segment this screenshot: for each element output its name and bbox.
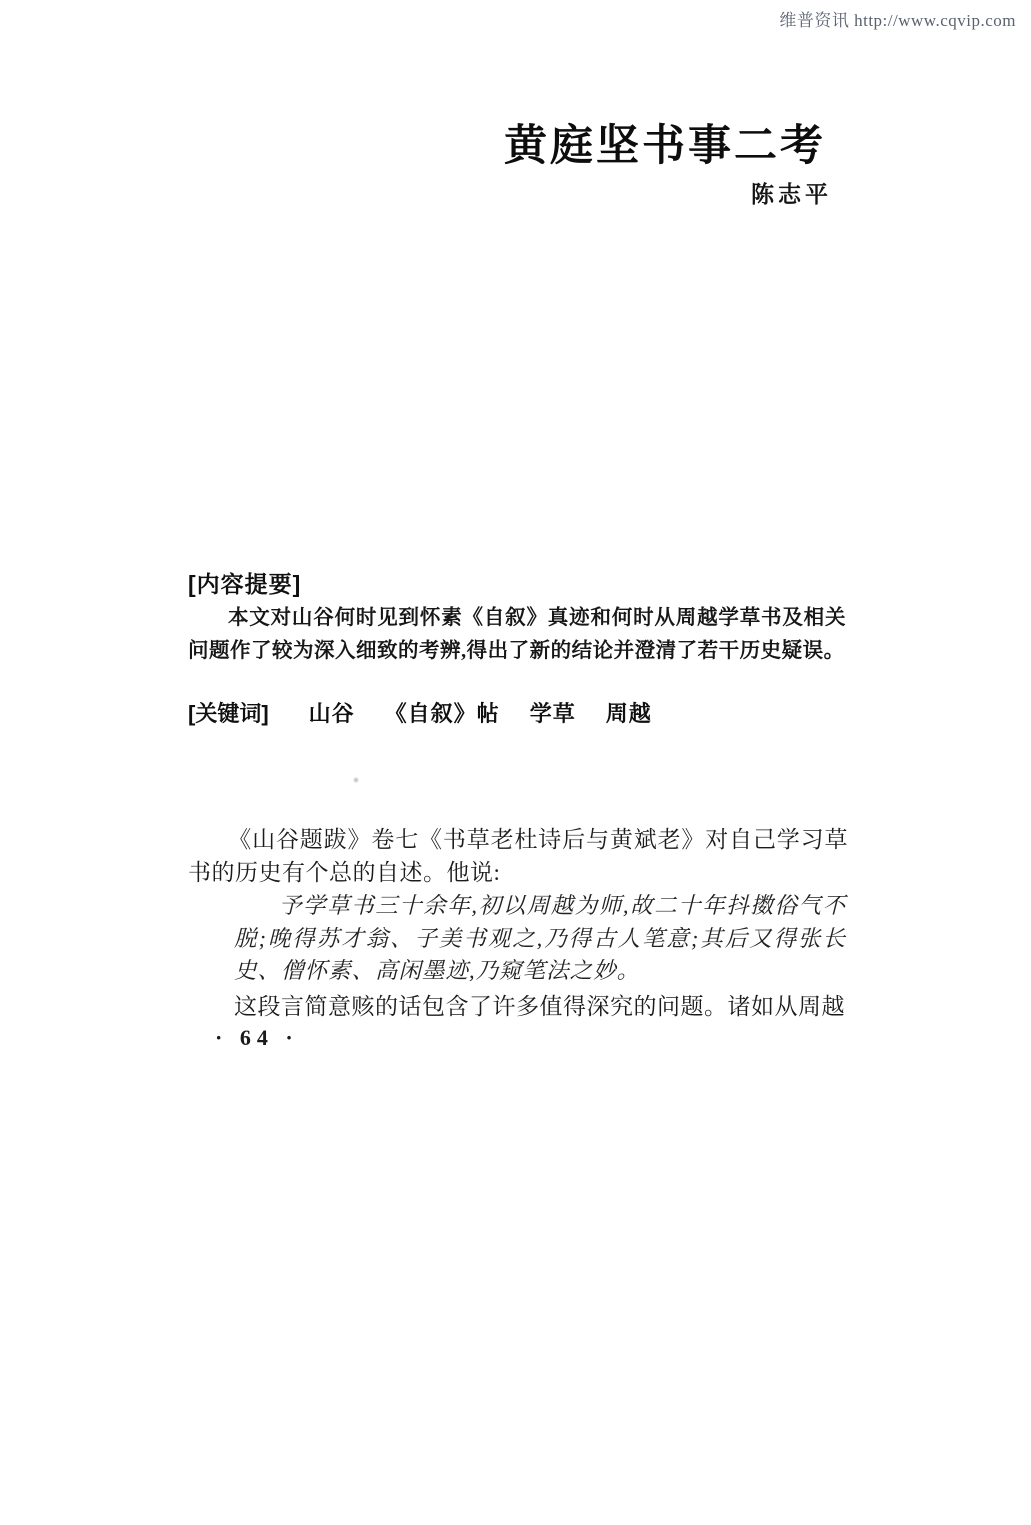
abstract-text: 本文对山谷何时见到怀素《自叙》真迹和何时从周越学草书及相关问题作了较为深入细致的… [188, 602, 846, 668]
article-author: 陈志平 [751, 176, 832, 209]
abstract-heading: [内容提要] [188, 566, 301, 599]
cqvip-watermark: 维普资讯 http://www.cqvip.com [779, 6, 1016, 31]
keyword-item: 周越 [606, 701, 652, 726]
scan-artifact-dot [353, 777, 359, 783]
page-number: · 64 · [215, 1025, 299, 1051]
body-paragraph-2: 这段言简意赅的话包含了许多值得深究的问题。诸如从周越 [188, 991, 848, 1024]
block-quote: 予学草书三十余年,初以周越为师,故二十年抖擞俗气不脱;晚得苏才翁、子美书观之,乃… [234, 890, 846, 988]
scanned-journal-page: 维普资讯 http://www.cqvip.com 黄庭坚书事二考 陈志平 [内… [0, 0, 1031, 1525]
body-paragraph-1: 《山谷题跋》卷七《书草老杜诗后与黄斌老》对自己学习草书的历史有个总的自述。他说: [188, 824, 848, 889]
keyword-item: 山谷 [309, 701, 355, 726]
keywords-line: [关键词]山谷《自叙》帖学草周越 [188, 697, 682, 728]
article-title: 黄庭坚书事二考 [504, 112, 826, 173]
keyword-item: 学草 [530, 701, 576, 726]
keywords-label: [关键词] [188, 701, 269, 726]
keyword-item: 《自叙》帖 [385, 701, 500, 726]
